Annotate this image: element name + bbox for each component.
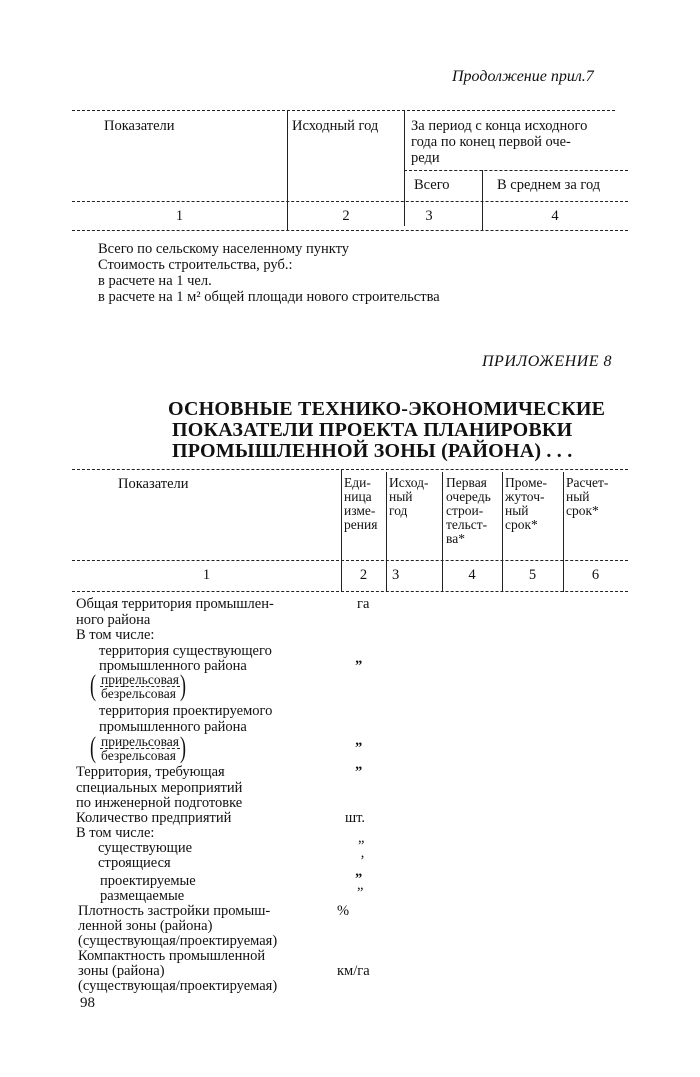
header-base-year: Исход- ный год xyxy=(389,476,429,518)
table-rule xyxy=(72,591,628,592)
row-unit: ” xyxy=(358,838,364,854)
row-unit: % xyxy=(337,903,349,919)
table-row: (существующая/проектируемая) xyxy=(78,933,277,949)
table-row: Общая территория промышлен- xyxy=(76,596,274,612)
column-number: 3 xyxy=(404,208,454,224)
header-base-year: Исходный год xyxy=(292,118,378,134)
header-indicators: Показатели xyxy=(104,118,175,134)
table-rule xyxy=(72,110,615,111)
table-rule xyxy=(72,201,628,202)
table-row: ного района xyxy=(76,612,150,628)
table-row: Территория, требующая xyxy=(76,764,225,780)
table-row: по инженерной подготовке xyxy=(76,795,242,811)
table-rule xyxy=(404,170,628,171)
table-row-fraction: ( прирельсовая безрельсовая ) xyxy=(94,735,180,762)
table-row: в расчете на 1 м² общей площади нового с… xyxy=(98,289,440,305)
column-number: 4 xyxy=(442,567,502,583)
column-number: 4 xyxy=(482,208,628,224)
header-period-line-1: За период с конца исходного xyxy=(411,118,587,134)
table-row: Плотность застройки промыш- xyxy=(78,903,270,919)
column-number: 3 xyxy=(392,567,399,583)
column-number: 5 xyxy=(502,567,563,583)
table-row-fraction: ( прирельсовая безрельсовая ) xyxy=(94,673,180,700)
header-intermediate: Проме- жуточ- ный срок* xyxy=(505,476,547,532)
table-row: (существующая/проектируемая) xyxy=(78,978,277,994)
table-row: Количество предприятий xyxy=(76,810,231,826)
header-total: Всего xyxy=(414,177,450,193)
row-unit: шт. xyxy=(345,810,365,826)
column-number: 2 xyxy=(341,567,386,583)
table-row: промышленного района xyxy=(99,719,247,735)
table-rule xyxy=(72,230,628,231)
appendix-title-line-3: ПРОМЫШЛЕННОЙ ЗОНЫ (РАЙОНА) . . . xyxy=(172,440,572,462)
table-row: специальных мероприятий xyxy=(76,780,242,796)
appendix-title-line-1: ОСНОВНЫЕ ТЕХНИКО-ЭКОНОМИЧЕСКИЕ xyxy=(168,398,605,420)
table-row: В том числе: xyxy=(76,627,154,643)
table-row: строящиеся xyxy=(98,855,171,871)
row-unit: ” xyxy=(355,658,362,674)
table-row: зоны (района) xyxy=(78,963,165,979)
table-row: размещаемые xyxy=(100,888,184,904)
continuation-label: Продолжение прил.7 xyxy=(452,69,594,85)
column-number: 1 xyxy=(72,208,287,224)
table-row: В том числе: xyxy=(76,825,154,841)
appendix-label: ПРИЛОЖЕНИЕ 8 xyxy=(482,354,612,370)
appendix-title-line-2: ПОКАЗАТЕЛИ ПРОЕКТА ПЛАНИРОВКИ xyxy=(172,419,572,441)
header-indicators: Показатели xyxy=(118,476,189,492)
table-row: в расчете на 1 чел. xyxy=(98,273,212,289)
table-row: территория существующего xyxy=(99,643,272,659)
table-row: Всего по сельскому населенному пункту xyxy=(98,241,349,257)
column-number: 1 xyxy=(72,567,341,583)
row-unit: га xyxy=(357,596,369,612)
column-divider xyxy=(386,472,387,592)
row-unit: ” xyxy=(357,885,363,901)
header-first-stage: Первая очередь строи- тельст- ва* xyxy=(446,476,491,546)
column-number: 2 xyxy=(288,208,404,224)
table-row: Стоимость строительства, руб.: xyxy=(98,257,293,273)
row-unit: ” xyxy=(355,764,362,780)
table-row: существующие xyxy=(98,840,192,856)
column-number: 6 xyxy=(563,567,628,583)
table-row: ленной зоны (района) xyxy=(78,918,212,934)
header-target: Расчет- ный срок* xyxy=(566,476,608,518)
header-avg-per-year: В среднем за год xyxy=(497,177,600,193)
table-row: Компактность промышленной xyxy=(78,948,265,964)
table-row: территория проектируемого xyxy=(99,703,272,719)
page-number: 98 xyxy=(80,995,95,1011)
header-period-line-2: года по конец первой оче- xyxy=(411,134,571,150)
header-unit: Еди- ница изме- рения xyxy=(344,476,377,532)
header-period-line-3: реди xyxy=(411,150,440,166)
table-rule xyxy=(72,560,628,561)
row-unit: ” xyxy=(355,740,362,756)
row-unit: ’ xyxy=(360,853,365,869)
table-rule xyxy=(72,469,628,470)
table-row: проектируемые xyxy=(100,873,196,889)
row-unit: км/га xyxy=(337,963,370,979)
